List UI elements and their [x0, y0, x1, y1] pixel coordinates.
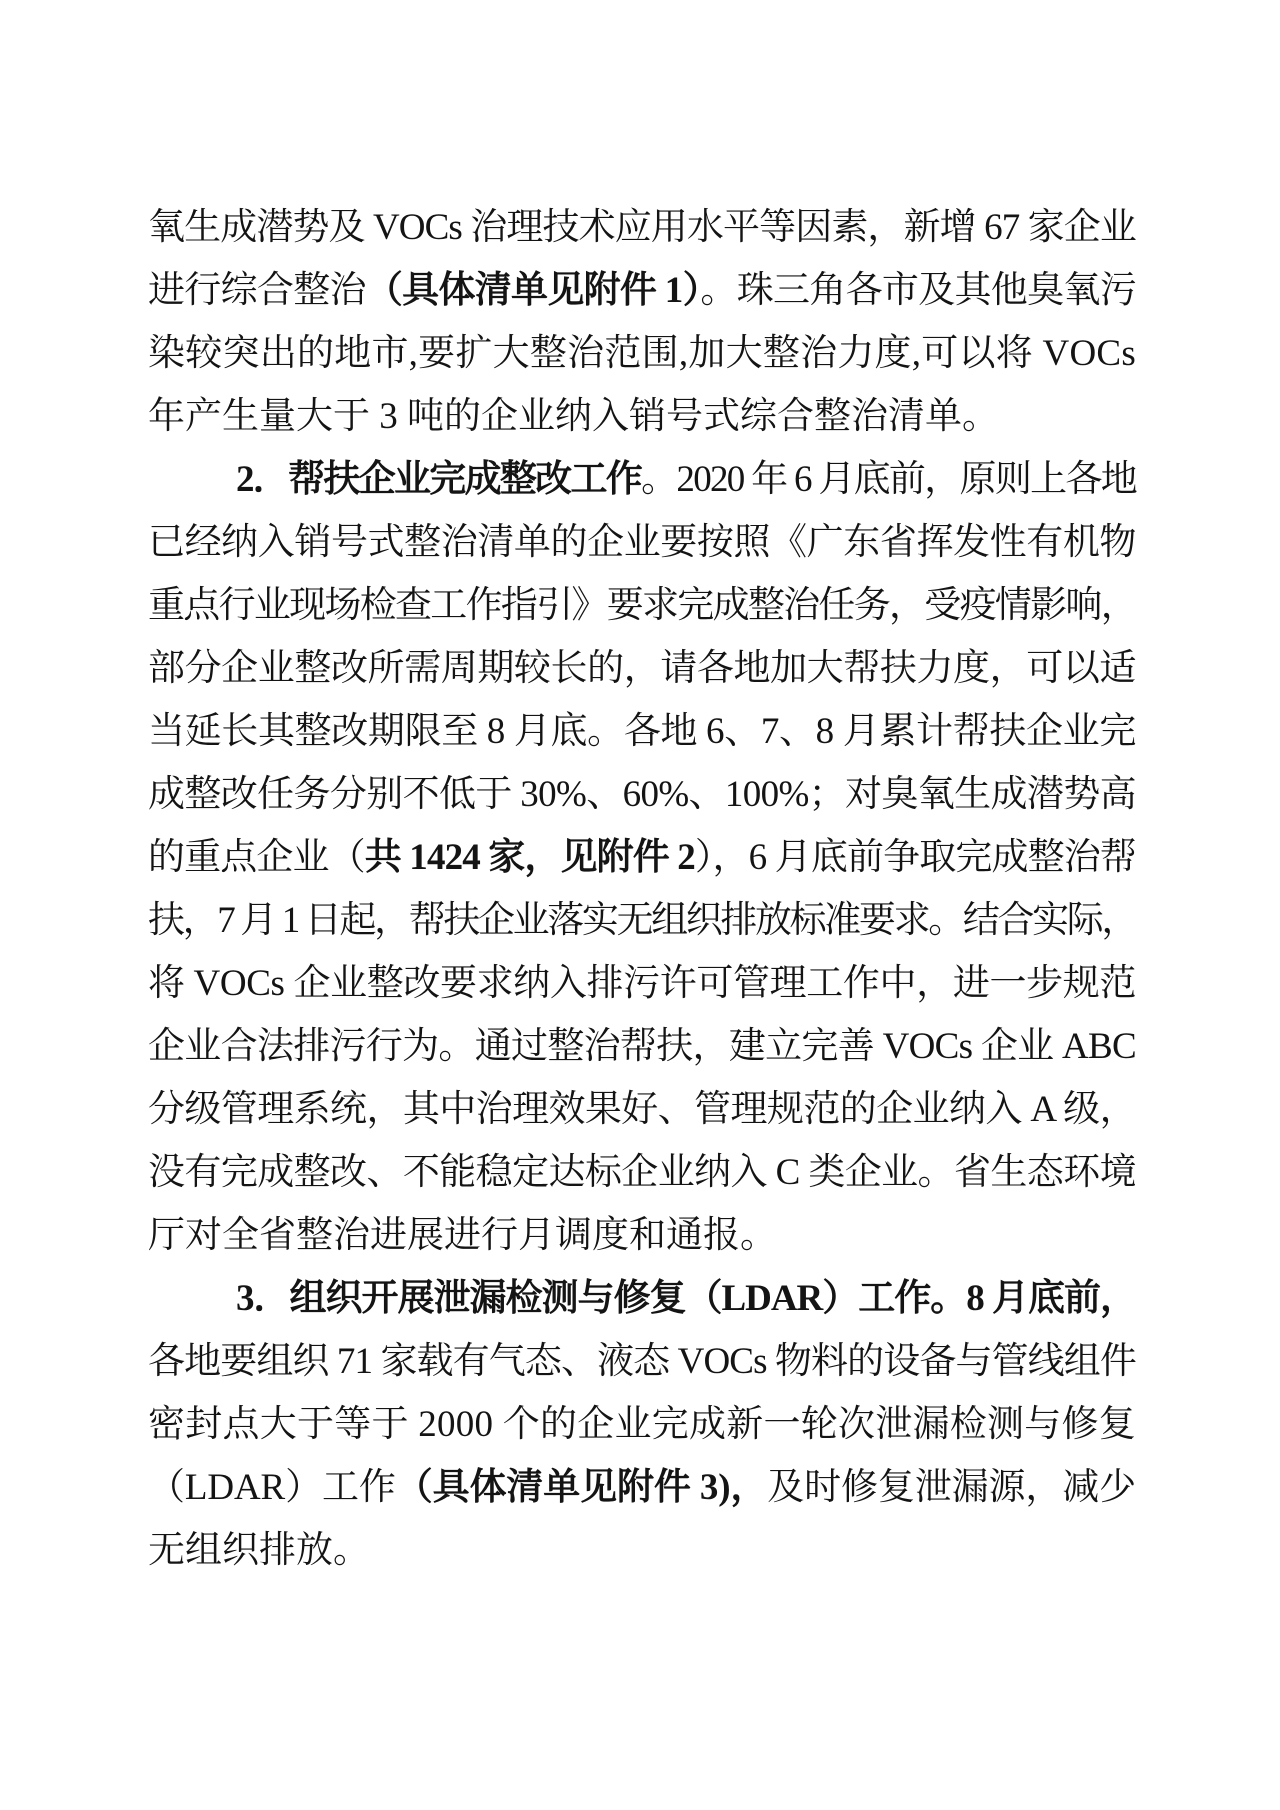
text-line-content: 扶，7 月 1 日起，帮扶企业落实无组织排放标准要求。结合实际， — [148, 889, 1136, 952]
text-line: （LDAR）工作（具体清单见附件 3)，及时修复泄漏源，减少 — [148, 1456, 1136, 1519]
text-line: 部分企业整改所需周期较长的，请各地加大帮扶力度，可以适 — [148, 637, 1136, 700]
text-line: 进行综合整治（具体清单见附件 1）。珠三角各市及其他臭氧污 — [148, 259, 1136, 322]
text-line-content: 氧生成潜势及 VOCs 治理技术应用水平等因素，新增 67 家企业 — [148, 196, 1136, 259]
text-segment: 进行综合整治 — [148, 270, 366, 311]
text-line-content: 将 VOCs 企业整改要求纳入排污许可管理工作中，进一步规范 — [148, 952, 1136, 1015]
text-segment: 密封点大于等于 2000 个的企业完成新一轮次泄漏检测与修复 — [148, 1404, 1136, 1445]
text-segment: 已经纳入销号式整治清单的企业要按照《广东省挥发性有机物 — [148, 522, 1136, 563]
text-line-content: 2．帮扶企业完成整改工作。2020 年 6 月底前，原则上各地 — [236, 448, 1136, 511]
text-segment: 各地要组织 71 家载有气态、液态 VOCs 物料的设备与管线组件 — [148, 1341, 1136, 1382]
text-line: 当延长其整改期限至 8 月底。各地 6、7、8 月累计帮扶企业完 — [148, 700, 1136, 763]
text-line: 成整改任务分别不低于 30%、60%、100%；对臭氧生成潜势高 — [148, 763, 1136, 826]
text-segment: 。珠三角各市及其他臭氧污 — [700, 270, 1136, 311]
text-segment: 当延长其整改期限至 8 月底。各地 6、7、8 月累计帮扶企业完 — [148, 711, 1136, 752]
text-line-content: 无组织排放。 — [148, 1519, 370, 1582]
text-segment: 染较突出的地市,要扩大整治范围,加大整治力度,可以将 VOCs — [148, 333, 1136, 374]
text-line-content: 分级管理系统，其中治理效果好、管理规范的企业纳入 A 级， — [148, 1078, 1136, 1141]
text-segment: 年产生量大于 3 吨的企业纳入销号式综合整治清单。 — [148, 396, 999, 437]
text-segment: （LDAR）工作 — [148, 1467, 396, 1508]
text-line-content: 进行综合整治（具体清单见附件 1）。珠三角各市及其他臭氧污 — [148, 259, 1136, 322]
text-segment: 成整改任务分别不低于 30%、60%、100%；对臭氧生成潜势高 — [148, 774, 1136, 815]
text-line: 分级管理系统，其中治理效果好、管理规范的企业纳入 A 级， — [148, 1078, 1136, 1141]
text-line-content: 重点行业现场检查工作指引》要求完成整治任务，受疫情影响， — [148, 574, 1136, 637]
bold-text-segment: （具体清单见附件 1） — [366, 270, 701, 311]
text-line: 扶，7 月 1 日起，帮扶企业落实无组织排放标准要求。结合实际， — [148, 889, 1136, 952]
bold-text-segment: （具体清单见附件 3)， — [396, 1467, 768, 1508]
bold-text-segment: 2．帮扶企业完成整改工作 — [236, 459, 641, 500]
text-segment: 没有完成整改、不能稳定达标企业纳入 C 类企业。省生态环境 — [148, 1152, 1136, 1193]
text-line: 已经纳入销号式整治清单的企业要按照《广东省挥发性有机物 — [148, 511, 1136, 574]
text-segment: 及时修复泄漏源，减少 — [767, 1467, 1136, 1508]
bold-text-segment: 共 1424 家，见附件 2 — [365, 837, 695, 878]
text-line-content: 各地要组织 71 家载有气态、液态 VOCs 物料的设备与管线组件 — [148, 1330, 1136, 1393]
bold-text-segment: 3．组织开展泄漏检测与修复（LDAR）工作。8 月底前， — [236, 1278, 1136, 1319]
text-segment: ），6 月底前争取完成整治帮 — [695, 837, 1136, 878]
text-segment: 氧生成潜势及 VOCs 治理技术应用水平等因素，新增 67 家企业 — [148, 207, 1136, 248]
text-line: 3．组织开展泄漏检测与修复（LDAR）工作。8 月底前， — [148, 1267, 1136, 1330]
document-text-block: 氧生成潜势及 VOCs 治理技术应用水平等因素，新增 67 家企业进行综合整治（… — [148, 196, 1136, 1582]
text-segment: 将 VOCs 企业整改要求纳入排污许可管理工作中，进一步规范 — [148, 963, 1136, 1004]
text-line: 无组织排放。 — [148, 1519, 1136, 1582]
text-line-content: 密封点大于等于 2000 个的企业完成新一轮次泄漏检测与修复 — [148, 1393, 1136, 1456]
text-line: 染较突出的地市,要扩大整治范围,加大整治力度,可以将 VOCs — [148, 322, 1136, 385]
text-line-content: 的重点企业（共 1424 家，见附件 2），6 月底前争取完成整治帮 — [148, 826, 1136, 889]
text-segment: 扶，7 月 1 日起，帮扶企业落实无组织排放标准要求。结合实际， — [148, 900, 1136, 941]
text-line: 将 VOCs 企业整改要求纳入排污许可管理工作中，进一步规范 — [148, 952, 1136, 1015]
text-line-content: 企业合法排污行为。通过整治帮扶，建立完善 VOCs 企业 ABC — [148, 1015, 1136, 1078]
text-line: 厅对全省整治进展进行月调度和通报。 — [148, 1204, 1136, 1267]
text-line: 没有完成整改、不能稳定达标企业纳入 C 类企业。省生态环境 — [148, 1141, 1136, 1204]
document-page: 氧生成潜势及 VOCs 治理技术应用水平等因素，新增 67 家企业进行综合整治（… — [0, 0, 1280, 1810]
text-segment: 部分企业整改所需周期较长的，请各地加大帮扶力度，可以适 — [148, 648, 1136, 689]
text-line: 的重点企业（共 1424 家，见附件 2），6 月底前争取完成整治帮 — [148, 826, 1136, 889]
text-line-content: 成整改任务分别不低于 30%、60%、100%；对臭氧生成潜势高 — [148, 763, 1136, 826]
text-segment: 重点行业现场检查工作指引》要求完成整治任务，受疫情影响， — [148, 585, 1136, 626]
text-line-content: 厅对全省整治进展进行月调度和通报。 — [148, 1204, 777, 1267]
text-segment: 企业合法排污行为。通过整治帮扶，建立完善 VOCs 企业 ABC — [148, 1026, 1136, 1067]
text-segment: 。2020 年 6 月底前，原则上各地 — [641, 459, 1136, 500]
text-line: 各地要组织 71 家载有气态、液态 VOCs 物料的设备与管线组件 — [148, 1330, 1136, 1393]
text-line: 年产生量大于 3 吨的企业纳入销号式综合整治清单。 — [148, 385, 1136, 448]
text-line-content: 已经纳入销号式整治清单的企业要按照《广东省挥发性有机物 — [148, 511, 1136, 574]
text-segment: 分级管理系统，其中治理效果好、管理规范的企业纳入 A 级， — [148, 1089, 1136, 1130]
text-line: 企业合法排污行为。通过整治帮扶，建立完善 VOCs 企业 ABC — [148, 1015, 1136, 1078]
text-line: 氧生成潜势及 VOCs 治理技术应用水平等因素，新增 67 家企业 — [148, 196, 1136, 259]
text-line: 重点行业现场检查工作指引》要求完成整治任务，受疫情影响， — [148, 574, 1136, 637]
text-segment: 无组织排放。 — [148, 1530, 370, 1571]
text-line-content: 染较突出的地市,要扩大整治范围,加大整治力度,可以将 VOCs — [148, 322, 1136, 385]
text-segment: 的重点企业（ — [148, 837, 365, 878]
text-line: 密封点大于等于 2000 个的企业完成新一轮次泄漏检测与修复 — [148, 1393, 1136, 1456]
text-line-content: 年产生量大于 3 吨的企业纳入销号式综合整治清单。 — [148, 385, 999, 448]
text-line-content: 当延长其整改期限至 8 月底。各地 6、7、8 月累计帮扶企业完 — [148, 700, 1136, 763]
text-line-content: （LDAR）工作（具体清单见附件 3)，及时修复泄漏源，减少 — [148, 1456, 1136, 1519]
text-segment: 厅对全省整治进展进行月调度和通报。 — [148, 1215, 777, 1256]
text-line-content: 3．组织开展泄漏检测与修复（LDAR）工作。8 月底前， — [236, 1267, 1136, 1330]
text-line: 2．帮扶企业完成整改工作。2020 年 6 月底前，原则上各地 — [148, 448, 1136, 511]
text-line-content: 部分企业整改所需周期较长的，请各地加大帮扶力度，可以适 — [148, 637, 1136, 700]
text-line-content: 没有完成整改、不能稳定达标企业纳入 C 类企业。省生态环境 — [148, 1141, 1136, 1204]
